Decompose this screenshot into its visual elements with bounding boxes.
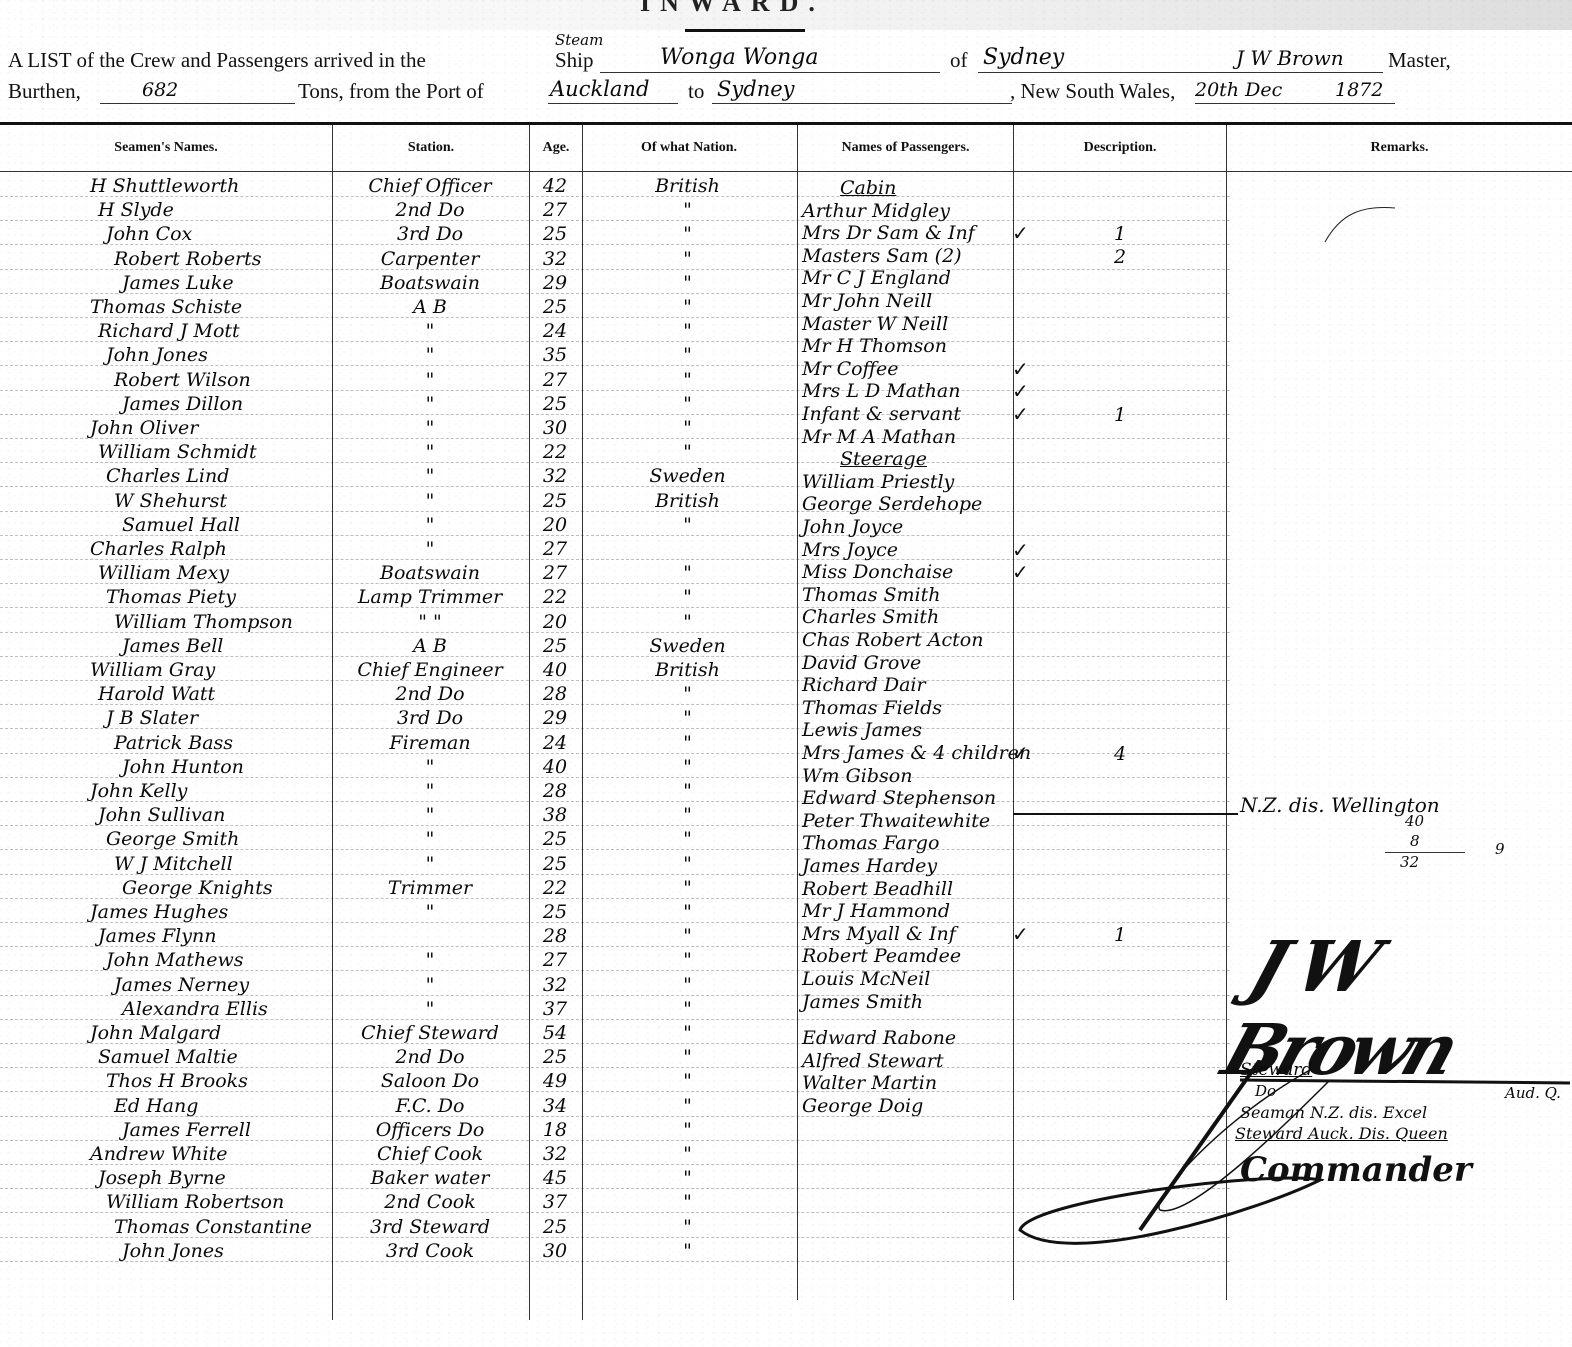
passenger-name: Mrs L D Mathan xyxy=(802,381,960,401)
seaman-station: " xyxy=(335,854,525,874)
passenger-name: Edward Rabone xyxy=(802,1028,956,1048)
seaman-station: " xyxy=(335,466,525,486)
tally-sub: 8 xyxy=(1410,832,1420,850)
seaman-age: 54 xyxy=(530,1023,580,1043)
seaman-nation: " xyxy=(585,1120,790,1140)
passenger-name: George Serdehope xyxy=(802,494,982,514)
passenger-row: Walter Martin xyxy=(800,1073,1015,1093)
passenger-row: Mrs Myall & Inf xyxy=(800,924,1015,944)
seaman-nation: British xyxy=(585,176,790,196)
seaman-age: 25 xyxy=(530,636,580,656)
check-mark-icon: ✓ xyxy=(1012,221,1029,246)
seaman-name: Thomas Schiste xyxy=(60,297,360,317)
passenger-name: Robert Peamdee xyxy=(802,946,961,966)
crew-row: James LukeBoatswain29" xyxy=(0,273,1230,294)
crew-row: Thomas SchisteA B25" xyxy=(0,297,1230,318)
seaman-name: Richard J Mott xyxy=(60,321,368,341)
from-port: Auckland xyxy=(550,77,649,101)
seaman-age: 25 xyxy=(530,902,580,922)
passenger-row: George Doig xyxy=(800,1096,1015,1116)
crew-row: John Oliver"30" xyxy=(0,418,1230,439)
seaman-age: 22 xyxy=(530,587,580,607)
seaman-nation: " xyxy=(585,829,790,849)
passenger-description: 1 xyxy=(1100,404,1140,426)
seaman-station: " xyxy=(335,781,525,801)
crew-row: Charles Ralph"27 xyxy=(0,539,1230,560)
seaman-name: William Robertson xyxy=(60,1192,376,1212)
seaman-age: 27 xyxy=(530,950,580,970)
passenger-row: Richard Dair xyxy=(800,675,1015,695)
seaman-name: John Sullivan xyxy=(60,805,368,825)
check-mark-icon: ✓ xyxy=(1012,357,1029,382)
intro-line-prefix: A LIST of the Crew and Passengers arrive… xyxy=(8,48,426,73)
seaman-name: John Jones xyxy=(60,345,376,365)
crew-row: James Dillon"25" xyxy=(0,394,1230,415)
crew-row: William Thompson" "20" xyxy=(0,612,1230,633)
passenger-section-heading: Steerage xyxy=(800,449,1015,469)
seaman-station: " xyxy=(335,442,525,462)
seaman-nation: " xyxy=(585,733,790,753)
seaman-nation: " xyxy=(585,587,790,607)
tally-rule xyxy=(1385,852,1465,853)
passenger-name: Arthur Midgley xyxy=(802,201,950,221)
seaman-nation: " xyxy=(585,781,790,801)
seaman-age: 42 xyxy=(530,176,580,196)
passenger-name: Master W Neill xyxy=(802,314,948,334)
seaman-name: H Shuttleworth xyxy=(60,176,360,196)
seaman-name: Thos H Brooks xyxy=(60,1071,376,1091)
seaman-nation: British xyxy=(585,660,790,680)
passenger-name: Edward Stephenson xyxy=(802,788,996,808)
check-mark-icon: ✓ xyxy=(1012,560,1029,585)
seaman-name: Charles Lind xyxy=(60,466,376,486)
seaman-age: 32 xyxy=(530,975,580,995)
tons-value: 682 xyxy=(142,79,178,101)
seaman-age: 27 xyxy=(530,370,580,390)
seaman-nation: " xyxy=(585,1192,790,1212)
seaman-nation: " xyxy=(585,950,790,970)
master-label: Master, xyxy=(1388,48,1451,73)
seaman-nation: " xyxy=(585,1241,790,1261)
seaman-nation: " xyxy=(585,854,790,874)
seaman-station: Trimmer xyxy=(335,878,525,898)
seaman-nation: " xyxy=(585,563,790,583)
crew-row: John Jones"35" xyxy=(0,345,1230,366)
seaman-station: " " xyxy=(335,612,525,632)
passenger-name: James Smith xyxy=(802,992,923,1012)
seaman-age: 38 xyxy=(530,805,580,825)
passenger-name: Cabin xyxy=(840,178,896,198)
ship-name-field: Wonga Wonga xyxy=(600,48,940,73)
passenger-name: Mrs James & 4 children xyxy=(802,743,1031,763)
seaman-age: 25 xyxy=(530,1047,580,1067)
seaman-nation: " xyxy=(585,1144,790,1164)
check-mark-icon: ✓ xyxy=(1012,379,1029,404)
seaman-nation: " xyxy=(585,1217,790,1237)
seaman-nation: " xyxy=(585,515,790,535)
remark-stroke xyxy=(1320,200,1400,245)
seaman-nation: " xyxy=(585,805,790,825)
passenger-row: Louis McNeil xyxy=(800,969,1015,989)
tally-side: 9 xyxy=(1495,840,1505,858)
seaman-station: " xyxy=(335,829,525,849)
check-mark-icon: ✓ xyxy=(1012,741,1029,766)
seaman-station: " xyxy=(335,805,525,825)
seaman-age: 22 xyxy=(530,442,580,462)
passenger-row: Alfred Stewart xyxy=(800,1051,1015,1071)
seaman-name: William Gray xyxy=(60,660,360,680)
seaman-nation: " xyxy=(585,442,790,462)
seaman-station: Carpenter xyxy=(335,249,525,269)
from-port-field: Auckland xyxy=(548,79,678,104)
seaman-station: 3rd Cook xyxy=(335,1241,525,1261)
passenger-row: Mr H Thomson xyxy=(800,336,1015,356)
crew-row: William MexyBoatswain27" xyxy=(0,563,1230,584)
seaman-age: 25 xyxy=(530,1217,580,1237)
passenger-row: John Joyce xyxy=(800,517,1015,537)
of-label: of xyxy=(950,48,968,73)
seaman-station: Fireman xyxy=(335,733,525,753)
passenger-name: Walter Martin xyxy=(802,1073,937,1093)
seaman-station: " xyxy=(335,950,525,970)
seaman-age: 28 xyxy=(530,781,580,801)
remark-leader-line xyxy=(1013,813,1238,815)
passenger-name: Mr J Hammond xyxy=(802,901,950,921)
passenger-name: Miss Donchaise xyxy=(802,562,953,582)
crew-row: George KnightsTrimmer22" xyxy=(0,878,1230,899)
seaman-station: Boatswain xyxy=(335,563,525,583)
passenger-name: Thomas Smith xyxy=(802,585,940,605)
col-seamen-names: Seamen's Names. xyxy=(0,125,332,171)
seaman-age: 32 xyxy=(530,1144,580,1164)
seaman-name: George Smith xyxy=(60,829,376,849)
passenger-row: Edward Stephenson xyxy=(800,788,1015,808)
seaman-age: 40 xyxy=(530,757,580,777)
remark-do-tail: Aud. Q. xyxy=(1505,1084,1561,1102)
seaman-nation: " xyxy=(585,345,790,365)
passenger-row: Thomas Fargo xyxy=(800,833,1015,853)
seaman-age: 49 xyxy=(530,1071,580,1091)
to-port-field: Sydney xyxy=(712,79,1012,104)
seaman-name: John Cox xyxy=(60,224,376,244)
seaman-station: Chief Cook xyxy=(335,1144,525,1164)
crew-row: James Nerney"32" xyxy=(0,975,1230,996)
seaman-station: " xyxy=(335,757,525,777)
seaman-nation: " xyxy=(585,757,790,777)
seaman-station: " xyxy=(335,515,525,535)
seaman-nation: " xyxy=(585,612,790,632)
seaman-age: 20 xyxy=(530,515,580,535)
passenger-name: John Joyce xyxy=(802,517,903,537)
seaman-age: 25 xyxy=(530,394,580,414)
seaman-nation: " xyxy=(585,1023,790,1043)
tons-label: Tons, from the Port of xyxy=(298,79,484,104)
seaman-station: Baker water xyxy=(335,1168,525,1188)
seaman-age: 25 xyxy=(530,491,580,511)
passenger-section-heading: Cabin xyxy=(800,178,1015,198)
crew-row: John Hunton"40" xyxy=(0,757,1230,778)
seaman-nation: " xyxy=(585,878,790,898)
seaman-nation: " xyxy=(585,902,790,922)
col-nation: Of what Nation. xyxy=(583,125,795,171)
col-station: Station. xyxy=(333,125,529,171)
seaman-nation xyxy=(585,539,790,559)
seaman-station: Chief Engineer xyxy=(335,660,525,680)
passenger-name: David Grove xyxy=(802,653,921,673)
passenger-row: James Hardey xyxy=(800,856,1015,876)
seaman-station: " xyxy=(335,539,525,559)
passenger-row: Robert Beadhill xyxy=(800,879,1015,899)
passenger-row: David Grove xyxy=(800,653,1015,673)
tally-top: 40 xyxy=(1405,812,1424,830)
crew-row: Charles Lind"32Sweden xyxy=(0,466,1230,487)
seaman-age: 32 xyxy=(530,249,580,269)
passenger-name: Mr H Thomson xyxy=(802,336,947,356)
passenger-row: Peter Thwaitewhite xyxy=(800,811,1015,831)
seaman-station xyxy=(335,926,525,946)
passenger-row: Lewis James xyxy=(800,720,1015,740)
passenger-description: 1 xyxy=(1100,924,1140,946)
seaman-nation: " xyxy=(585,1168,790,1188)
passenger-name: James Hardey xyxy=(802,856,937,876)
seaman-age: 27 xyxy=(530,539,580,559)
seaman-nation: " xyxy=(585,370,790,390)
seaman-name: James Hughes xyxy=(60,902,360,922)
crew-row: John MalgardChief Steward54" xyxy=(0,1023,1230,1044)
passenger-row: Mrs James & 4 children xyxy=(800,743,1015,763)
seaman-station: Chief Officer xyxy=(335,176,525,196)
seaman-station: F.C. Do xyxy=(335,1096,525,1116)
seaman-age: 25 xyxy=(530,224,580,244)
seaman-name: Harold Watt xyxy=(60,684,368,704)
seaman-nation: " xyxy=(585,684,790,704)
seaman-station: A B xyxy=(335,636,525,656)
to-port: Sydney xyxy=(717,77,795,101)
seaman-age: 30 xyxy=(530,418,580,438)
passenger-row: William Priestly xyxy=(800,472,1015,492)
passenger-row: Masters Sam (2) xyxy=(800,246,1015,266)
passenger-name: Mrs Dr Sam & Inf xyxy=(802,223,975,243)
seaman-name: John Mathews xyxy=(60,950,376,970)
arrival-date: 20th Dec xyxy=(1195,79,1282,101)
colony-label: , New South Wales, xyxy=(1010,79,1175,104)
seaman-station: " xyxy=(335,394,525,414)
tally-total: 32 xyxy=(1400,853,1419,871)
seaman-station: 3rd Steward xyxy=(335,1217,525,1237)
col-description: Description. xyxy=(1014,125,1226,171)
seaman-nation: " xyxy=(585,975,790,995)
seaman-age: 25 xyxy=(530,829,580,849)
seaman-age: 35 xyxy=(530,345,580,365)
seaman-nation: " xyxy=(585,224,790,244)
crew-row: H Slyde2nd Do27" xyxy=(0,200,1230,221)
passenger-row: Charles Smith xyxy=(800,607,1015,627)
seaman-station: Saloon Do xyxy=(335,1071,525,1091)
crew-row: James Hughes"25" xyxy=(0,902,1230,923)
check-mark-icon: ✓ xyxy=(1012,538,1029,563)
passenger-name: Mr John Neill xyxy=(802,291,932,311)
check-mark-icon: ✓ xyxy=(1012,402,1029,427)
seaman-station: " xyxy=(335,999,525,1019)
passenger-name: Robert Beadhill xyxy=(802,879,953,899)
passenger-row: Chas Robert Acton xyxy=(800,630,1015,650)
seaman-age: 25 xyxy=(530,854,580,874)
crew-row: William Schmidt"22" xyxy=(0,442,1230,463)
burthen-label: Burthen, xyxy=(8,79,81,104)
passenger-name: Richard Dair xyxy=(802,675,926,695)
passenger-row: Miss Donchaise xyxy=(800,562,1015,582)
seaman-name: James Flynn xyxy=(60,926,368,946)
passenger-row: Arthur Midgley xyxy=(800,201,1015,221)
crew-row: James BellA B25Sweden xyxy=(0,636,1230,657)
seaman-nation: " xyxy=(585,1096,790,1116)
seaman-age: 22 xyxy=(530,878,580,898)
seaman-age: 34 xyxy=(530,1096,580,1116)
passenger-description: 1 xyxy=(1100,223,1140,245)
passenger-name: Chas Robert Acton xyxy=(802,630,983,650)
passenger-row: Mr Coffee xyxy=(800,359,1015,379)
seaman-age: 30 xyxy=(530,1241,580,1261)
seaman-age: 20 xyxy=(530,612,580,632)
passenger-name: Thomas Fargo xyxy=(802,833,939,853)
col-remarks: Remarks. xyxy=(1227,125,1572,171)
seaman-age: 28 xyxy=(530,926,580,946)
seaman-nation: " xyxy=(585,249,790,269)
passenger-name: William Priestly xyxy=(802,472,954,492)
passenger-name: Mr Coffee xyxy=(802,359,899,379)
col-passengers: Names of Passengers. xyxy=(798,125,1013,171)
passenger-row: Wm Gibson xyxy=(800,766,1015,786)
seaman-name: William Schmidt xyxy=(60,442,368,462)
heading-rule xyxy=(685,29,805,32)
document-heading: INWARD. xyxy=(640,0,825,18)
crew-row: Harold Watt2nd Do28" xyxy=(0,684,1230,705)
seaman-name: Andrew White xyxy=(60,1144,360,1164)
seaman-station: 3rd Do xyxy=(335,224,525,244)
passenger-name: Lewis James xyxy=(802,720,922,740)
seaman-name: John Kelly xyxy=(60,781,360,801)
passenger-row: Mr M A Mathan xyxy=(800,427,1015,447)
seaman-age: 25 xyxy=(530,297,580,317)
crew-row: H ShuttleworthChief Officer42British xyxy=(0,176,1230,197)
tons-field: 682 xyxy=(100,79,295,104)
passenger-row: Robert Peamdee xyxy=(800,946,1015,966)
seaman-nation: " xyxy=(585,273,790,293)
seaman-name: Thomas Piety xyxy=(60,587,376,607)
seaman-name: John Malgard xyxy=(60,1023,360,1043)
passenger-row: George Serdehope xyxy=(800,494,1015,514)
crew-row: James Flynn28" xyxy=(0,926,1230,947)
crew-row: Richard J Mott"24" xyxy=(0,321,1230,342)
seaman-nation: " xyxy=(585,926,790,946)
home-port: Sydney xyxy=(983,45,1064,70)
seaman-station: " xyxy=(335,345,525,365)
passenger-row: Infant & servant xyxy=(800,404,1015,424)
ship-name: Wonga Wonga xyxy=(660,45,818,70)
passenger-name: Wm Gibson xyxy=(802,766,912,786)
passenger-name: George Doig xyxy=(802,1096,923,1116)
passenger-row: Mrs L D Mathan xyxy=(800,381,1015,401)
home-port-field: Sydney J W Brown xyxy=(978,48,1383,73)
passenger-row: Master W Neill xyxy=(800,314,1015,334)
seaman-station: " xyxy=(335,370,525,390)
seaman-name: Samuel Maltie xyxy=(60,1047,368,1067)
seaman-age: 29 xyxy=(530,708,580,728)
seaman-age: 29 xyxy=(530,273,580,293)
passenger-row: Thomas Fields xyxy=(800,698,1015,718)
passenger-description: 4 xyxy=(1100,743,1140,765)
passenger-row: Mr J Hammond xyxy=(800,901,1015,921)
seaman-name: John Oliver xyxy=(60,418,360,438)
seaman-station: 2nd Do xyxy=(335,200,525,220)
seaman-nation: " xyxy=(585,394,790,414)
seaman-station: " xyxy=(335,418,525,438)
seaman-age: 24 xyxy=(530,733,580,753)
seaman-name: Joseph Byrne xyxy=(60,1168,368,1188)
seaman-station: " xyxy=(335,975,525,995)
ship-type-annotation: Steam xyxy=(555,31,603,49)
passenger-description: 2 xyxy=(1100,246,1140,268)
seaman-age: 28 xyxy=(530,684,580,704)
seaman-nation: " xyxy=(585,418,790,438)
seaman-station: " xyxy=(335,321,525,341)
crew-row: Samuel Hall"20" xyxy=(0,515,1230,536)
seaman-nation: British xyxy=(585,491,790,511)
passenger-name: Peter Thwaitewhite xyxy=(802,811,990,831)
seaman-station: Boatswain xyxy=(335,273,525,293)
passenger-row: Edward Rabone xyxy=(800,1028,1015,1048)
seaman-nation: Sweden xyxy=(585,466,790,486)
crew-row: John Sullivan"38" xyxy=(0,805,1230,826)
seaman-station: Lamp Trimmer xyxy=(335,587,525,607)
arrival-year: 1872 xyxy=(1335,79,1383,101)
seaman-station: A B xyxy=(335,297,525,317)
crew-row: John Mathews"27" xyxy=(0,950,1230,971)
crew-row: W Shehurst"25British xyxy=(0,491,1230,512)
seaman-age: 27 xyxy=(530,563,580,583)
to-label: to xyxy=(688,79,704,104)
passenger-row: Mrs Joyce xyxy=(800,540,1015,560)
passenger-name: Masters Sam (2) xyxy=(802,246,962,266)
seaman-nation: " xyxy=(585,321,790,341)
passenger-row: James Smith xyxy=(800,992,1015,1012)
passenger-name: Charles Smith xyxy=(802,607,939,627)
passenger-name: Infant & servant xyxy=(802,404,961,424)
signature-flourish xyxy=(1010,1060,1340,1260)
seaman-age: 37 xyxy=(530,1192,580,1212)
passenger-name: Alfred Stewart xyxy=(802,1051,944,1071)
crew-row: J B Slater3rd Do29" xyxy=(0,708,1230,729)
crew-row: Alexandra Ellis"37" xyxy=(0,999,1230,1020)
seaman-name: Charles Ralph xyxy=(60,539,360,559)
crew-row: George Smith"25" xyxy=(0,829,1230,850)
crew-row: William GrayChief Engineer40British xyxy=(0,660,1230,681)
seaman-name: William Mexy xyxy=(60,563,368,583)
seaman-station: " xyxy=(335,902,525,922)
seaman-name: J B Slater xyxy=(60,708,376,728)
seaman-age: 27 xyxy=(530,200,580,220)
passenger-row: Mr C J England xyxy=(800,268,1015,288)
crew-row: John Cox3rd Do25" xyxy=(0,224,1230,245)
seaman-nation: " xyxy=(585,1071,790,1091)
seaman-age: 40 xyxy=(530,660,580,680)
seaman-station: 3rd Do xyxy=(335,708,525,728)
header-bottom-rule xyxy=(0,171,1572,172)
passenger-name: Mr C J England xyxy=(802,268,951,288)
seaman-station: Officers Do xyxy=(335,1120,525,1140)
seaman-nation: " xyxy=(585,200,790,220)
col-age: Age. xyxy=(530,125,582,171)
